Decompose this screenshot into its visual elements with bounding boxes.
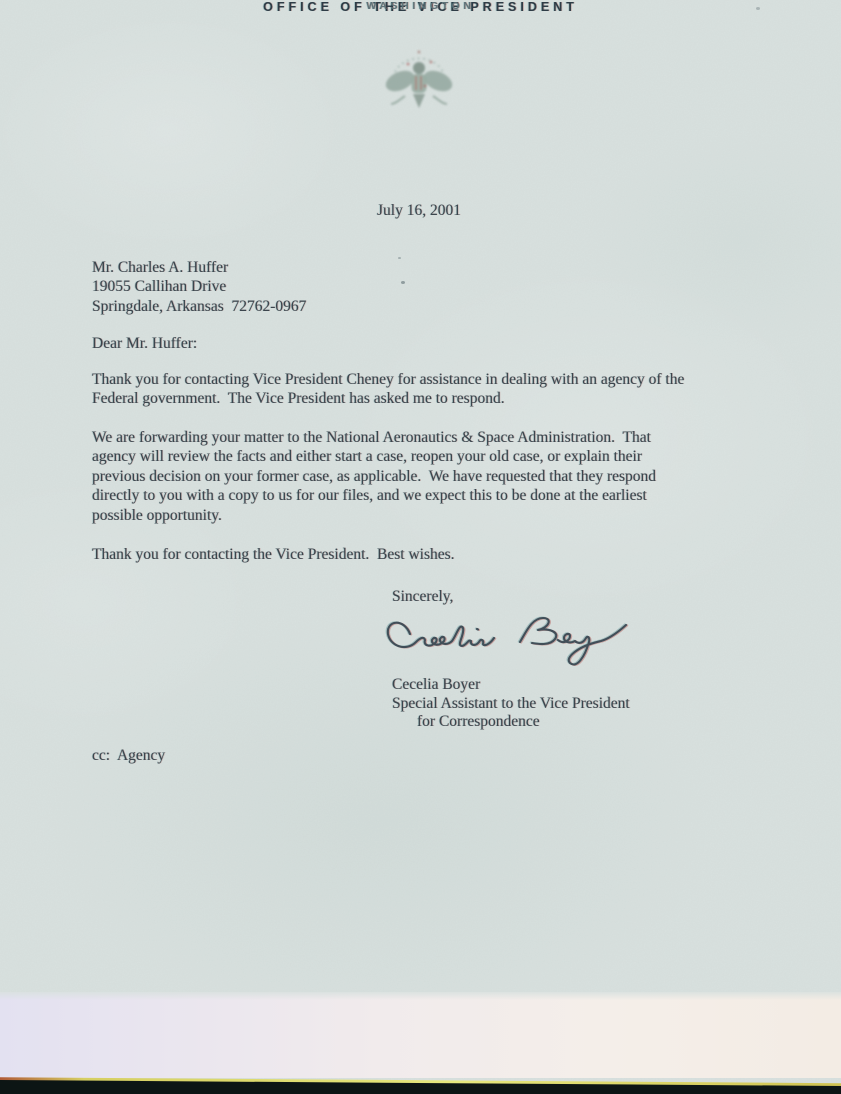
scanner-bottom-band: [0, 992, 841, 1078]
signer-title-line-1: Special Assistant to the Vice President: [392, 694, 630, 713]
body-paragraph-1: Thank you for contacting Vice President …: [92, 370, 752, 409]
scanned-letter-page: OFFICE OF THE VICE PRESIDENT WASHINGTON …: [0, 0, 841, 1094]
scan-speck: [398, 257, 401, 259]
salutation: Dear Mr. Huffer:: [92, 334, 197, 353]
body-paragraph-3: Thank you for contacting the Vice Presid…: [92, 545, 752, 564]
body-paragraph-2: We are forwarding your matter to the Nat…: [92, 428, 752, 525]
scan-speck: [401, 281, 405, 284]
signer-title-line-2: for Correspondence: [417, 712, 540, 731]
scan-speck: [756, 7, 760, 10]
signer-typed-name: Cecelia Boyer: [392, 675, 480, 694]
letterhead-city-line: WASHINGTON: [0, 0, 841, 12]
scan-bottom-edge: [0, 1074, 841, 1094]
valediction: Sincerely,: [392, 587, 453, 606]
date-line: July 16, 2001: [377, 201, 461, 220]
vice-president-seal-icon: [375, 38, 463, 123]
recipient-address-block: Mr. Charles A. Huffer 19055 Callihan Dri…: [92, 258, 306, 316]
cc-line: cc: Agency: [92, 746, 165, 765]
